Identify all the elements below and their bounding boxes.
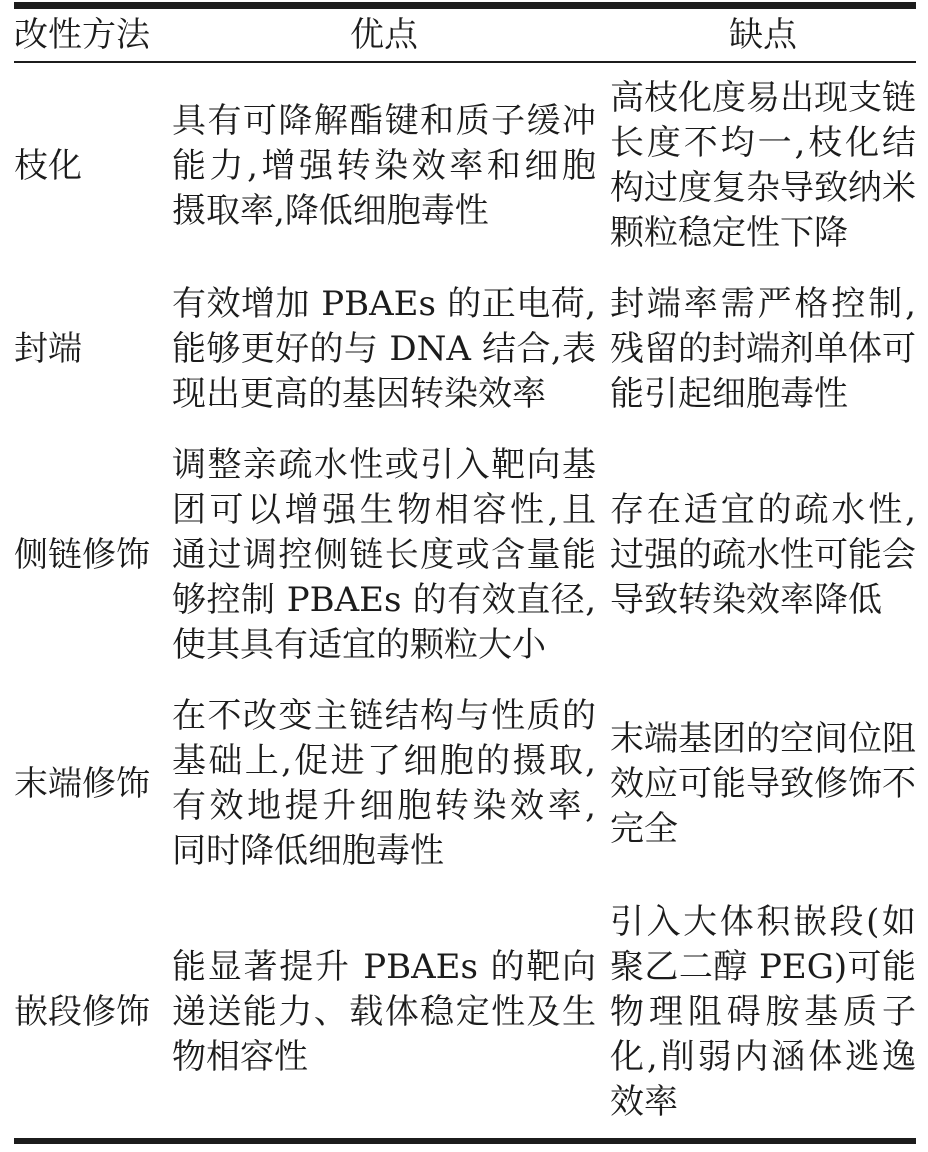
method-cell: 枝化 (14, 144, 172, 189)
method-cell: 侧链修饰 (14, 533, 172, 578)
header-method: 改性方法 (14, 13, 172, 58)
disadvantages-line: 完全 (610, 807, 916, 852)
table-row: 侧链修饰调整亲疏水性或引入靶向基团可以增强生物相容性,且通过调控侧链长度或含量能… (14, 430, 916, 681)
advantages-line: 摄取率,降低细胞毒性 (172, 189, 596, 234)
advantages-line: 基础上,促进了细胞的摄取, (172, 739, 596, 784)
table-row: 枝化具有可降解酯键和质子缓冲能力,增强转染效率和细胞摄取率,降低细胞毒性高枝化度… (14, 63, 916, 269)
modification-methods-table: 改性方法 优点 缺点 枝化具有可降解酯键和质子缓冲能力,增强转染效率和细胞摄取率… (0, 2, 928, 1144)
method-label: 侧链修饰 (14, 533, 172, 578)
advantages-line: 调整亲疏水性或引入靶向基 (172, 443, 596, 488)
disadvantages-line: 效率 (610, 1080, 916, 1125)
advantages-cell: 在不改变主链结构与性质的基础上,促进了细胞的摄取,有效地提升细胞转染效率,同时降… (172, 694, 610, 874)
advantages-line: 能够更好的与 DNA 结合,表 (172, 327, 596, 372)
method-label: 末端修饰 (14, 762, 172, 807)
advantages-line: 物相容性 (172, 1035, 596, 1080)
table-bottom-rule (14, 1138, 916, 1144)
disadvantages-line: 过强的疏水性可能会 (610, 533, 916, 578)
advantages-line: 在不改变主链结构与性质的 (172, 694, 596, 739)
advantages-line: 具有可降解酯键和质子缓冲 (172, 99, 596, 144)
advantages-cell: 具有可降解酯键和质子缓冲能力,增强转染效率和细胞摄取率,降低细胞毒性 (172, 99, 610, 234)
disadvantages-line: 导致转染效率降低 (610, 578, 916, 623)
disadvantages-cell: 末端基团的空间位阻效应可能导致修饰不完全 (610, 717, 916, 852)
header-advantages: 优点 (172, 13, 610, 58)
disadvantages-cell: 存在适宜的疏水性,过强的疏水性可能会导致转染效率降低 (610, 488, 916, 623)
disadvantages-cell: 高枝化度易出现支链长度不均一,枝化结构过度复杂导致纳米颗粒稳定性下降 (610, 76, 916, 256)
disadvantages-line: 长度不均一,枝化结 (610, 121, 916, 166)
advantages-cell: 能显著提升 PBAEs 的靶向递送能力、载体稳定性及生物相容性 (172, 945, 610, 1080)
advantages-line: 够控制 PBAEs 的有效直径, (172, 578, 596, 623)
method-cell: 嵌段修饰 (14, 990, 172, 1035)
disadvantages-line: 化,削弱内涵体逃逸 (610, 1035, 916, 1080)
advantages-line: 有效地提升细胞转染效率, (172, 784, 596, 829)
disadvantages-line: 封端率需严格控制, (610, 282, 916, 327)
disadvantages-line: 效应可能导致修饰不 (610, 762, 916, 807)
disadvantages-line: 残留的封端剂单体可 (610, 327, 916, 372)
table-row: 末端修饰在不改变主链结构与性质的基础上,促进了细胞的摄取,有效地提升细胞转染效率… (14, 681, 916, 887)
advantages-cell: 调整亲疏水性或引入靶向基团可以增强生物相容性,且通过调控侧链长度或含量能够控制 … (172, 443, 610, 668)
table-row: 封端有效增加 PBAEs 的正电荷,能够更好的与 DNA 结合,表现出更高的基因… (14, 269, 916, 430)
disadvantages-line: 聚乙二醇 PEG)可能 (610, 945, 916, 990)
table-top-double-rule (14, 2, 916, 9)
advantages-line: 现出更高的基因转染效率 (172, 372, 596, 417)
disadvantages-cell: 封端率需严格控制,残留的封端剂单体可能引起细胞毒性 (610, 282, 916, 417)
disadvantages-line: 能引起细胞毒性 (610, 372, 916, 417)
disadvantages-line: 引入大体积嵌段(如 (610, 900, 916, 945)
disadvantages-line: 颗粒稳定性下降 (610, 211, 916, 256)
disadvantages-line: 高枝化度易出现支链 (610, 76, 916, 121)
advantages-line: 同时降低细胞毒性 (172, 829, 596, 874)
disadvantages-line: 物理阻碍胺基质子 (610, 990, 916, 1035)
header-disadvantages: 缺点 (610, 13, 916, 58)
disadvantages-cell: 引入大体积嵌段(如聚乙二醇 PEG)可能物理阻碍胺基质子化,削弱内涵体逃逸效率 (610, 900, 916, 1125)
table-header-row: 改性方法 优点 缺点 (14, 9, 916, 61)
table-body: 枝化具有可降解酯键和质子缓冲能力,增强转染效率和细胞摄取率,降低细胞毒性高枝化度… (14, 63, 916, 1138)
advantages-line: 团可以增强生物相容性,且 (172, 488, 596, 533)
advantages-line: 有效增加 PBAEs 的正电荷, (172, 282, 596, 327)
advantages-line: 能力,增强转染效率和细胞 (172, 144, 596, 189)
method-cell: 末端修饰 (14, 762, 172, 807)
advantages-line: 使其具有适宜的颗粒大小 (172, 623, 596, 668)
method-label: 枝化 (14, 144, 172, 189)
advantages-line: 通过调控侧链长度或含量能 (172, 533, 596, 578)
advantages-line: 递送能力、载体稳定性及生 (172, 990, 596, 1035)
table-row: 嵌段修饰能显著提升 PBAEs 的靶向递送能力、载体稳定性及生物相容性引入大体积… (14, 887, 916, 1138)
disadvantages-line: 构过度复杂导致纳米 (610, 166, 916, 211)
advantages-line: 能显著提升 PBAEs 的靶向 (172, 945, 596, 990)
advantages-cell: 有效增加 PBAEs 的正电荷,能够更好的与 DNA 结合,表现出更高的基因转染… (172, 282, 610, 417)
method-cell: 封端 (14, 327, 172, 372)
method-label: 嵌段修饰 (14, 990, 172, 1035)
disadvantages-line: 存在适宜的疏水性, (610, 488, 916, 533)
method-label: 封端 (14, 327, 172, 372)
disadvantages-line: 末端基团的空间位阻 (610, 717, 916, 762)
